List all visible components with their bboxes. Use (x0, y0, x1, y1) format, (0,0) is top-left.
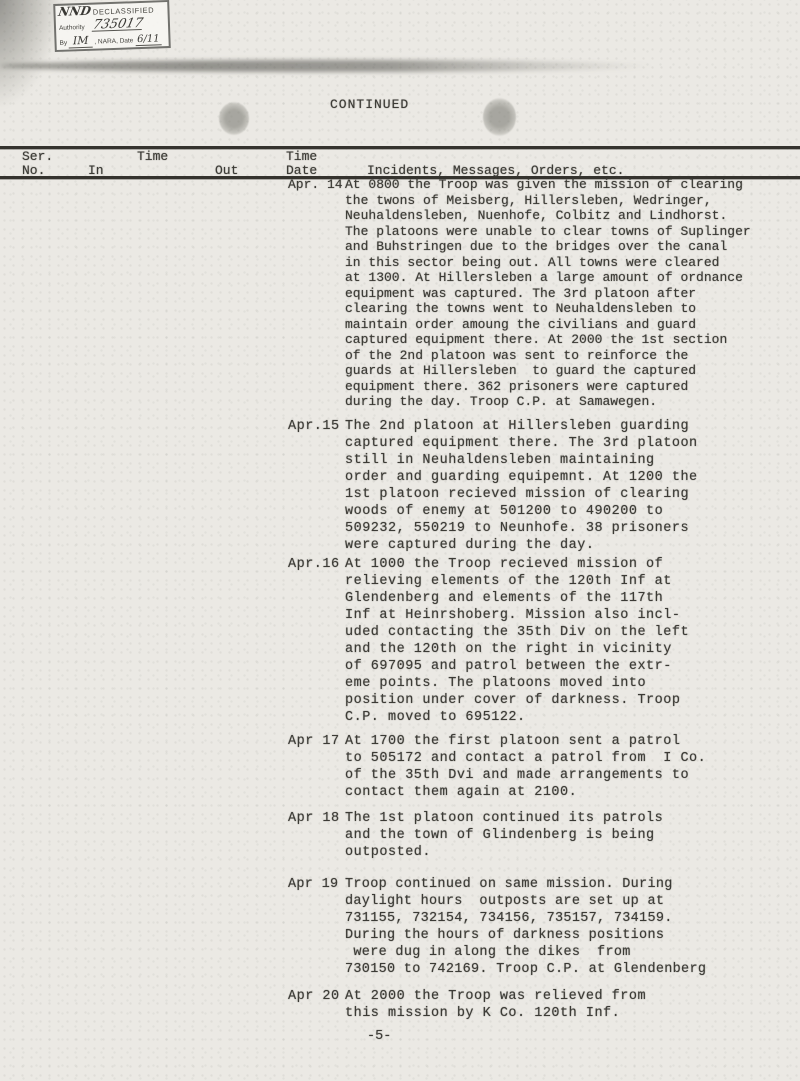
journal-entry: Apr.15 The 2nd platoon at Hillersleben g… (288, 418, 788, 554)
entry-text: The 1st platoon continued its patrols an… (345, 810, 788, 861)
stamp-by-value: IM (69, 34, 93, 49)
entry-text: At 1700 the first platoon sent a patrol … (345, 733, 788, 801)
entry-date: Apr. 14 (288, 177, 343, 193)
entry-text: Troop continued on same mission. During … (345, 876, 788, 978)
column-header-time-inout: Time (137, 149, 168, 164)
entry-date: Apr 19 (288, 876, 338, 893)
journal-entry: Apr 18 The 1st platoon continued its pat… (288, 810, 788, 861)
stamp-nara-label: , NARA, Date (94, 37, 133, 45)
page-number: -5- (367, 1029, 391, 1044)
stamp-row-by: By IM , NARA, Date 6/11 (59, 32, 165, 50)
stamp-by-label: By (59, 40, 67, 47)
journal-entry: Apr 19 Troop continued on same mission. … (288, 876, 788, 978)
column-header-ser: Ser. (22, 149, 53, 164)
column-header-in: In (88, 163, 104, 178)
journal-entry: Apr 17 At 1700 the first platoon sent a … (288, 733, 788, 801)
ink-stamp-blot-right (483, 98, 516, 136)
stamp-authority-label: Authority (59, 24, 85, 32)
table-top-rule (0, 146, 800, 149)
stamp-date-value: 6/11 (135, 33, 162, 46)
entry-text: At 2000 the Troop was relieved from this… (345, 988, 788, 1022)
entry-text: At 1000 the Troop recieved mission of re… (345, 556, 788, 726)
entry-date: Apr 17 (288, 733, 340, 750)
entry-date: Apr 20 (288, 988, 340, 1005)
entry-date: Apr 18 (288, 810, 340, 827)
column-header-incidents: Incidents, Messages, Orders, etc. (367, 163, 624, 178)
continued-heading: CONTINUED (330, 97, 409, 112)
journal-entry: Apr.16 At 1000 the Troop recieved missio… (288, 556, 788, 726)
scanned-document-page: NND DECLASSIFIED Authority 735017 By IM … (0, 0, 800, 1081)
stamp-row-authority: Authority 735017 (59, 16, 165, 34)
ink-stamp-blot-left (219, 102, 249, 135)
journal-entry: Apr. 14 At 0800 the Troop was given the … (288, 177, 788, 410)
entry-date: Apr.15 (288, 418, 340, 435)
column-header-out: Out (215, 163, 238, 178)
entry-date: Apr.16 (288, 556, 340, 573)
column-header-date: Date (286, 163, 317, 178)
stamp-handwritten-id: NND (58, 6, 92, 17)
entry-text: The 2nd platoon at Hillersleben guarding… (345, 418, 788, 554)
stamp-authority-number: 735017 (92, 18, 144, 32)
journal-entry: Apr 20 At 2000 the Troop was relieved fr… (288, 988, 788, 1022)
column-header-no: No. (22, 163, 45, 178)
entry-text: At 0800 the Troop was given the mission … (345, 177, 788, 410)
column-header-time-date: Time (286, 149, 317, 164)
declassification-stamp: NND DECLASSIFIED Authority 735017 By IM … (53, 0, 171, 52)
scan-crease-line (0, 60, 655, 72)
